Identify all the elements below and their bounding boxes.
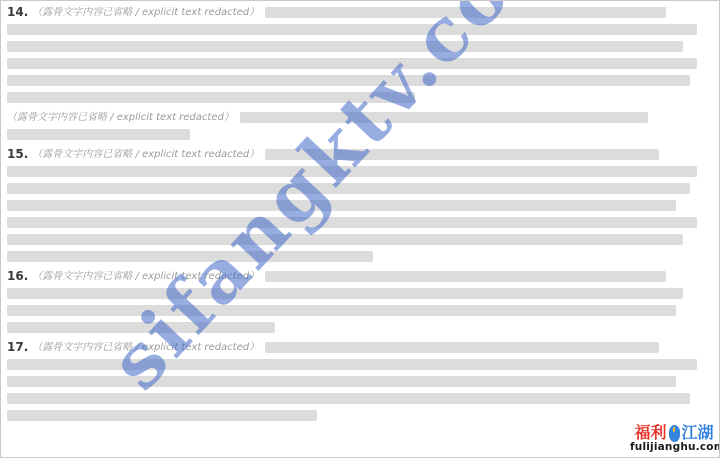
redacted-text-bar [7,200,676,211]
logo-text-right: 江湖 [682,425,714,442]
site-logo-wordmark: 福利 江湖 [630,425,718,442]
redacted-text-bar [7,234,683,245]
redaction-note: （露骨文字内容已省略 / explicit text redacted） [32,149,259,160]
text-line: 14.（露骨文字内容已省略 / explicit text redacted） [7,7,711,18]
redacted-text-bar [7,288,683,299]
redacted-text-bar [7,24,697,35]
redacted-text-bar [265,149,659,160]
redacted-text-bar [7,41,683,52]
text-line [7,410,711,421]
redacted-text-bar [265,271,666,282]
redacted-text-bar [7,217,697,228]
paragraph-block: 14.（露骨文字内容已省略 / explicit text redacted） [7,7,711,103]
text-line: （露骨文字内容已省略 / explicit text redacted） [7,112,711,123]
text-line [7,217,711,228]
paragraph-block: 15.（露骨文字内容已省略 / explicit text redacted） [7,149,711,262]
redacted-text-bar [7,410,317,421]
text-line [7,58,711,69]
redaction-note: （露骨文字内容已省略 / explicit text redacted） [32,271,259,282]
site-logo: 福利 江湖 fulijianghu.com [630,423,718,454]
paragraph-number: 15. [7,149,28,160]
redacted-text-bar [7,166,697,177]
text-line [7,376,711,387]
text-line [7,166,711,177]
redacted-text-bar [7,75,690,86]
text-line [7,234,711,245]
text-line [7,200,711,211]
paragraph-number: 14. [7,7,28,18]
text-line [7,24,711,35]
paragraph-block: （露骨文字内容已省略 / explicit text redacted） [7,112,711,140]
text-line [7,305,711,316]
document-page: 14.（露骨文字内容已省略 / explicit text redacted）（… [0,0,720,458]
redacted-text-bar [7,322,275,333]
redacted-text-bar [7,376,676,387]
redaction-note: （露骨文字内容已省略 / explicit text redacted） [7,112,234,123]
paragraph-number: 16. [7,271,28,282]
redaction-note: （露骨文字内容已省略 / explicit text redacted） [32,7,259,18]
redacted-text-bar [7,359,697,370]
text-line: 15.（露骨文字内容已省略 / explicit text redacted） [7,149,711,160]
text-line [7,75,711,86]
text-line [7,359,711,370]
text-line [7,393,711,404]
text-line [7,41,711,52]
paragraph-block: 16.（露骨文字内容已省略 / explicit text redacted） [7,271,711,333]
text-line: 16.（露骨文字内容已省略 / explicit text redacted） [7,271,711,282]
paragraph-list: 14.（露骨文字内容已省略 / explicit text redacted）（… [1,1,719,421]
redacted-text-bar [7,393,690,404]
paragraph-block: 17.（露骨文字内容已省略 / explicit text redacted） [7,342,711,421]
logo-text-left: 福利 [634,425,666,442]
text-line [7,183,711,194]
text-line: 17.（露骨文字内容已省略 / explicit text redacted） [7,342,711,353]
redacted-text-bar [7,305,676,316]
redacted-text-bar [265,7,666,18]
redacted-text-bar [7,92,415,103]
redacted-text-bar [7,58,697,69]
text-line [7,129,711,140]
redacted-text-bar [265,342,659,353]
text-line [7,288,711,299]
redacted-text-bar [7,129,190,140]
text-line [7,322,711,333]
paragraph-number: 17. [7,342,28,353]
redacted-text-bar [7,183,690,194]
redacted-text-bar [7,251,373,262]
text-line [7,92,711,103]
redacted-text-bar [240,112,648,123]
redaction-note: （露骨文字内容已省略 / explicit text redacted） [32,342,259,353]
logo-site-url: fulijianghu.com [630,442,718,453]
computer-mouse-icon [669,425,680,442]
text-line [7,251,711,262]
